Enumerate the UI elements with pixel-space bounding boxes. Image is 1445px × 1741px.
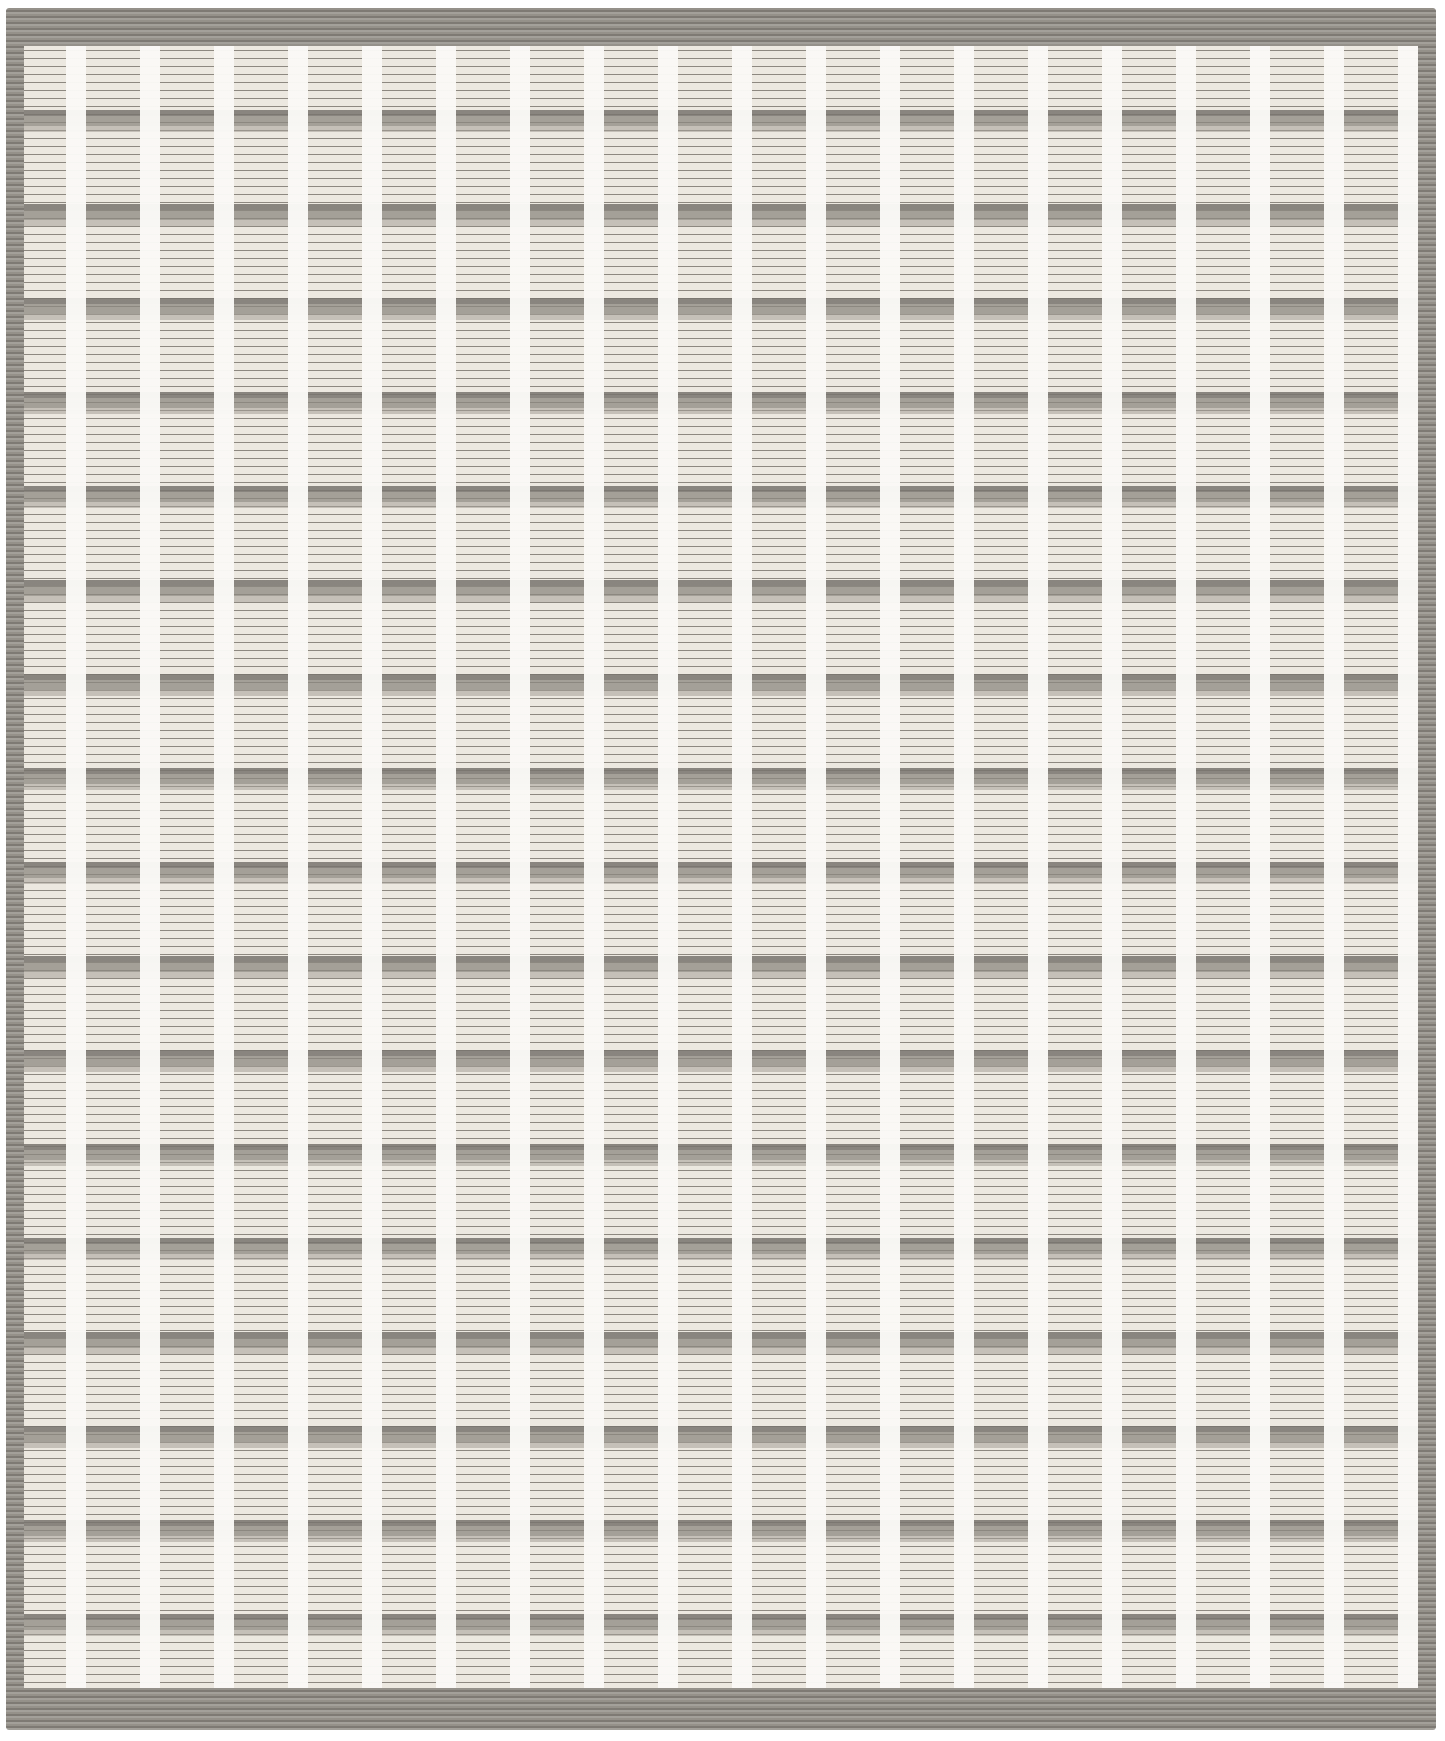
pattern-overlay [24, 46, 1418, 1688]
rug-field [24, 46, 1418, 1688]
rug [6, 8, 1436, 1730]
